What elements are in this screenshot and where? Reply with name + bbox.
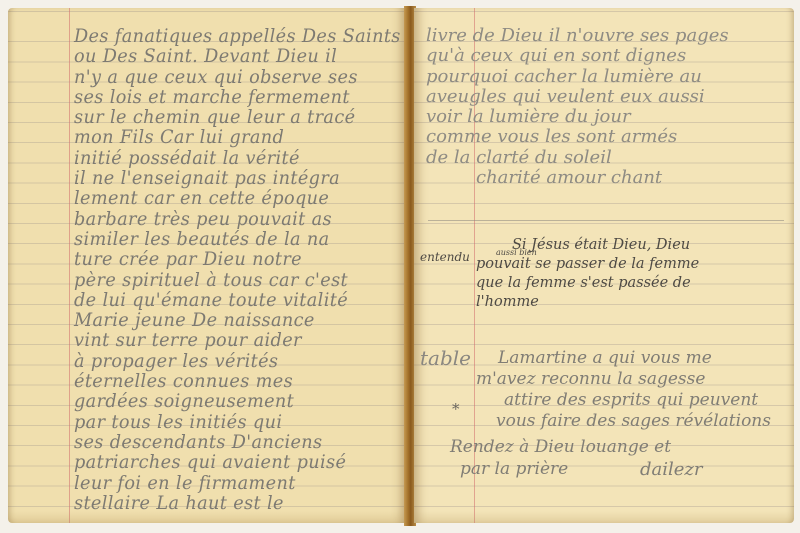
margin-label-entendu: entendu: [420, 250, 470, 264]
text-line: Lamartine a qui vous me: [462, 348, 771, 369]
text-line: initié possédait la vérité: [74, 148, 401, 168]
text-line: mon Fils Car lui grand: [74, 127, 401, 147]
text-line: vint sur terre pour aider: [74, 330, 401, 350]
text-line: Des fanatiques appellés Des Saints: [74, 26, 401, 46]
text-line: voir la lumière du jour: [426, 107, 729, 127]
text-line: Rendez à Dieu louange et: [450, 436, 671, 458]
text-line: ou Des Saint. Devant Dieu il: [74, 46, 401, 66]
text-line: barbare très peu pouvait as: [74, 209, 401, 229]
text-line: éternelles connues mes: [74, 371, 401, 391]
text-line: de la clarté du soleil: [426, 148, 729, 168]
text-line: patriarches qui avaient puisé: [74, 452, 401, 472]
text-line: par la prière: [450, 458, 671, 480]
left-page: Des fanatiques appellés Des Saints ou De…: [8, 8, 406, 523]
text-line: m'avez reconnu la sagesse: [462, 369, 771, 390]
text-line: pourquoi cacher la lumière au: [426, 67, 729, 87]
text-line: pouvait se passer de la femme: [476, 255, 699, 274]
pencil-block: livre de Dieu il n'ouvre ses pages qu'à …: [426, 26, 729, 188]
text-line: de lui qu'émane toute vitalité: [74, 290, 401, 310]
text-line: l'homme: [476, 293, 699, 312]
text-line: n'y a que ceux qui observe ses: [74, 67, 401, 87]
text-line: ses descendants D'anciens: [74, 432, 401, 452]
page-edge-shadow: [8, 511, 406, 523]
text-line: similer les beautés de la na: [74, 229, 401, 249]
text-line: lement car en cette époque: [74, 188, 401, 208]
text-line: Si Jésus était Dieu, Dieu: [476, 236, 699, 255]
text-line: gardées soigneusement: [74, 391, 401, 411]
signature: dailezr: [640, 459, 703, 480]
left-page-text: Des fanatiques appellés Des Saints ou De…: [74, 26, 406, 513]
text-line: à propager les vérités: [74, 351, 401, 371]
asterisk-mark-icon: *: [452, 400, 460, 418]
closing-block: Rendez à Dieu louange et par la prière: [450, 436, 671, 480]
text-line: ture crée par Dieu notre: [74, 249, 401, 269]
text-line: ses lois et marche fermement: [74, 87, 401, 107]
lamartine-block: Lamartine a qui vous me m'avez reconnu l…: [462, 348, 771, 432]
page-edge-shadow: [414, 511, 794, 523]
text-line: qu'à ceux qui en sont dignes: [426, 46, 729, 66]
text-line: Marie jeune De naissance: [74, 310, 401, 330]
text-line: vous faire des sages révélations: [462, 411, 771, 432]
text-line: sur le chemin que leur a tracé: [74, 107, 401, 127]
text-line: charité amour chant: [426, 168, 729, 188]
right-page: livre de Dieu il n'ouvre ses pages qu'à …: [414, 8, 794, 523]
text-line: il ne l'enseignait pas intégra: [74, 168, 401, 188]
notebook-spread: Des fanatiques appellés Des Saints ou De…: [0, 0, 800, 533]
ink-block: Si Jésus était Dieu, Dieu pouvait se pas…: [476, 236, 699, 312]
text-line: comme vous les sont armés: [426, 127, 729, 147]
section-divider: [428, 220, 784, 221]
text-line: attire des esprits qui peuvent: [462, 390, 771, 411]
text-line: livre de Dieu il n'ouvre ses pages: [426, 26, 729, 46]
text-line: aveugles qui veulent eux aussi: [426, 87, 729, 107]
text-line: père spirituel à tous car c'est: [74, 270, 401, 290]
text-line: que la femme s'est passée de: [476, 274, 699, 293]
text-line: leur foi en le firmament: [74, 473, 401, 493]
margin-rule: [69, 8, 70, 523]
text-line: par tous les initiés qui: [74, 412, 401, 432]
